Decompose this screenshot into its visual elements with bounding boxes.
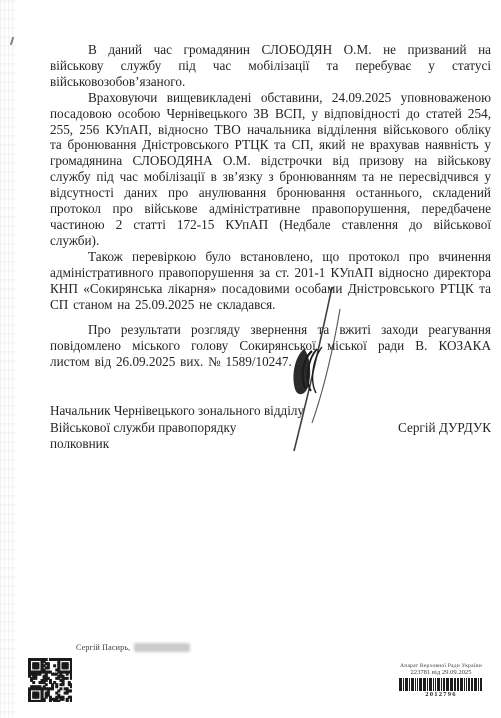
signer-position-line2: Військової служби правопорядку <box>50 420 304 436</box>
paragraph-results: Про результати розгляду звернення та вжи… <box>50 322 491 370</box>
scan-edge-artifact <box>0 0 16 718</box>
paragraph-protocol: Враховуючи вищевикладені обставини, 24.0… <box>50 90 491 249</box>
executor-name: Сергій Пасирь, <box>76 643 130 652</box>
letter-body: В даний час громадянин СЛОБОДЯН О.М. не … <box>50 42 491 452</box>
registry-stamp: Апарат Верховної Ради України 223781 від… <box>386 663 496 699</box>
signer-rank: полковник <box>50 436 304 452</box>
qr-code <box>28 658 72 702</box>
executor-line: Сергій Пасирь, <box>76 643 190 652</box>
registry-number-date: 223781 від 29.09.2025 <box>386 669 496 677</box>
signature-block: Начальник Чернівецького зонального відді… <box>50 403 491 452</box>
barcode <box>396 678 486 691</box>
redacted-contact <box>134 643 190 652</box>
paragraph-status: В даний час громадянин СЛОБОДЯН О.М. не … <box>50 42 491 90</box>
signer-position-line1: Начальник Чернівецького зонального відді… <box>50 403 304 419</box>
signer-position: Начальник Чернівецького зонального відді… <box>50 403 304 452</box>
signer-name: Сергій ДУРДУК <box>398 420 491 436</box>
barcode-number: 2012796 <box>386 691 496 699</box>
scanned-letter-page: В даний час громадянин СЛОБОДЯН О.М. не … <box>0 0 501 718</box>
paragraph-check: Також перевіркою було встановлено, що пр… <box>50 249 491 313</box>
